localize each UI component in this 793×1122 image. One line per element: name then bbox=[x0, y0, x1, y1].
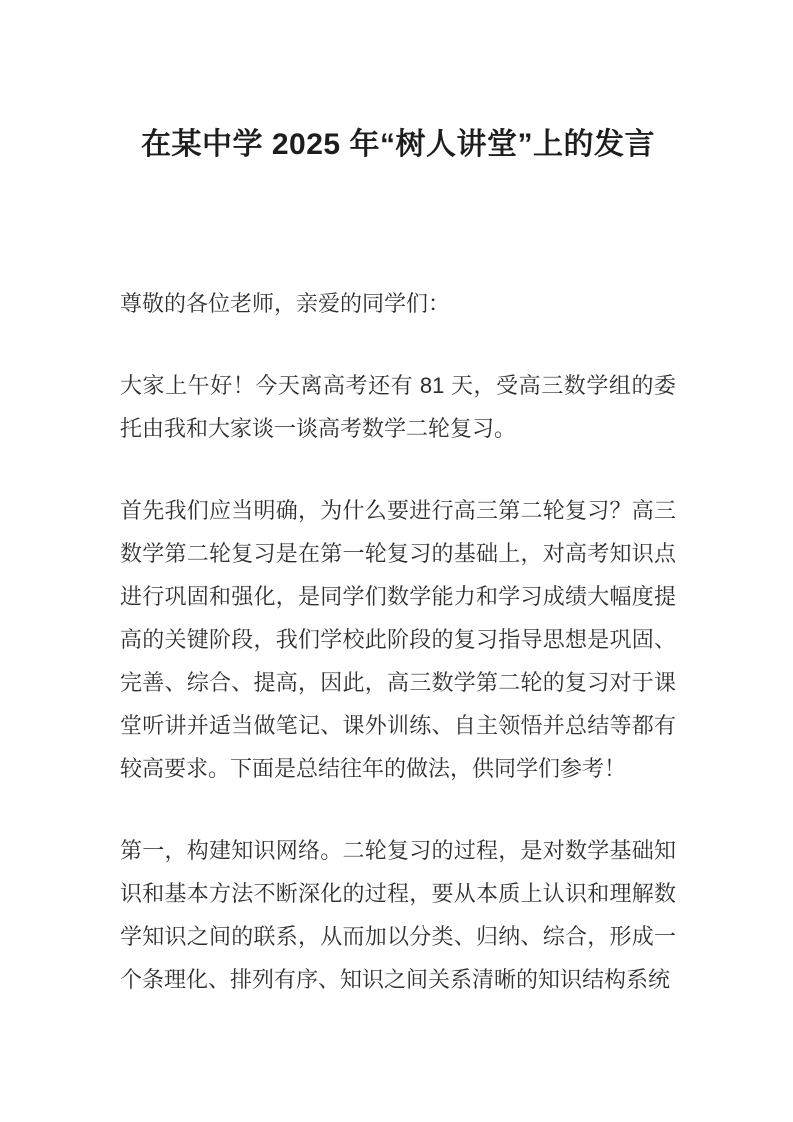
document-title: 在某中学 2025 年“树人讲堂”上的发言 bbox=[120, 124, 676, 166]
greeting-paragraph: 大家上午好！今天离高考还有 81 天，受高三数学组的委托由我和大家谈一谈高考数学… bbox=[120, 364, 676, 450]
document-page: 在某中学 2025 年“树人讲堂”上的发言 尊敬的各位老师，亲爱的同学们： 大家… bbox=[0, 0, 793, 1122]
body-paragraph-first-point: 第一，构建知识网络。二轮复习的过程，是对数学基础知识和基本方法不断深化的过程，要… bbox=[120, 829, 676, 1001]
body-paragraph-why-second-round: 首先我们应当明确，为什么要进行高三第二轮复习？高三数学第二轮复习是在第一轮复习的… bbox=[120, 489, 676, 790]
salutation-paragraph: 尊敬的各位老师，亲爱的同学们： bbox=[120, 282, 676, 325]
